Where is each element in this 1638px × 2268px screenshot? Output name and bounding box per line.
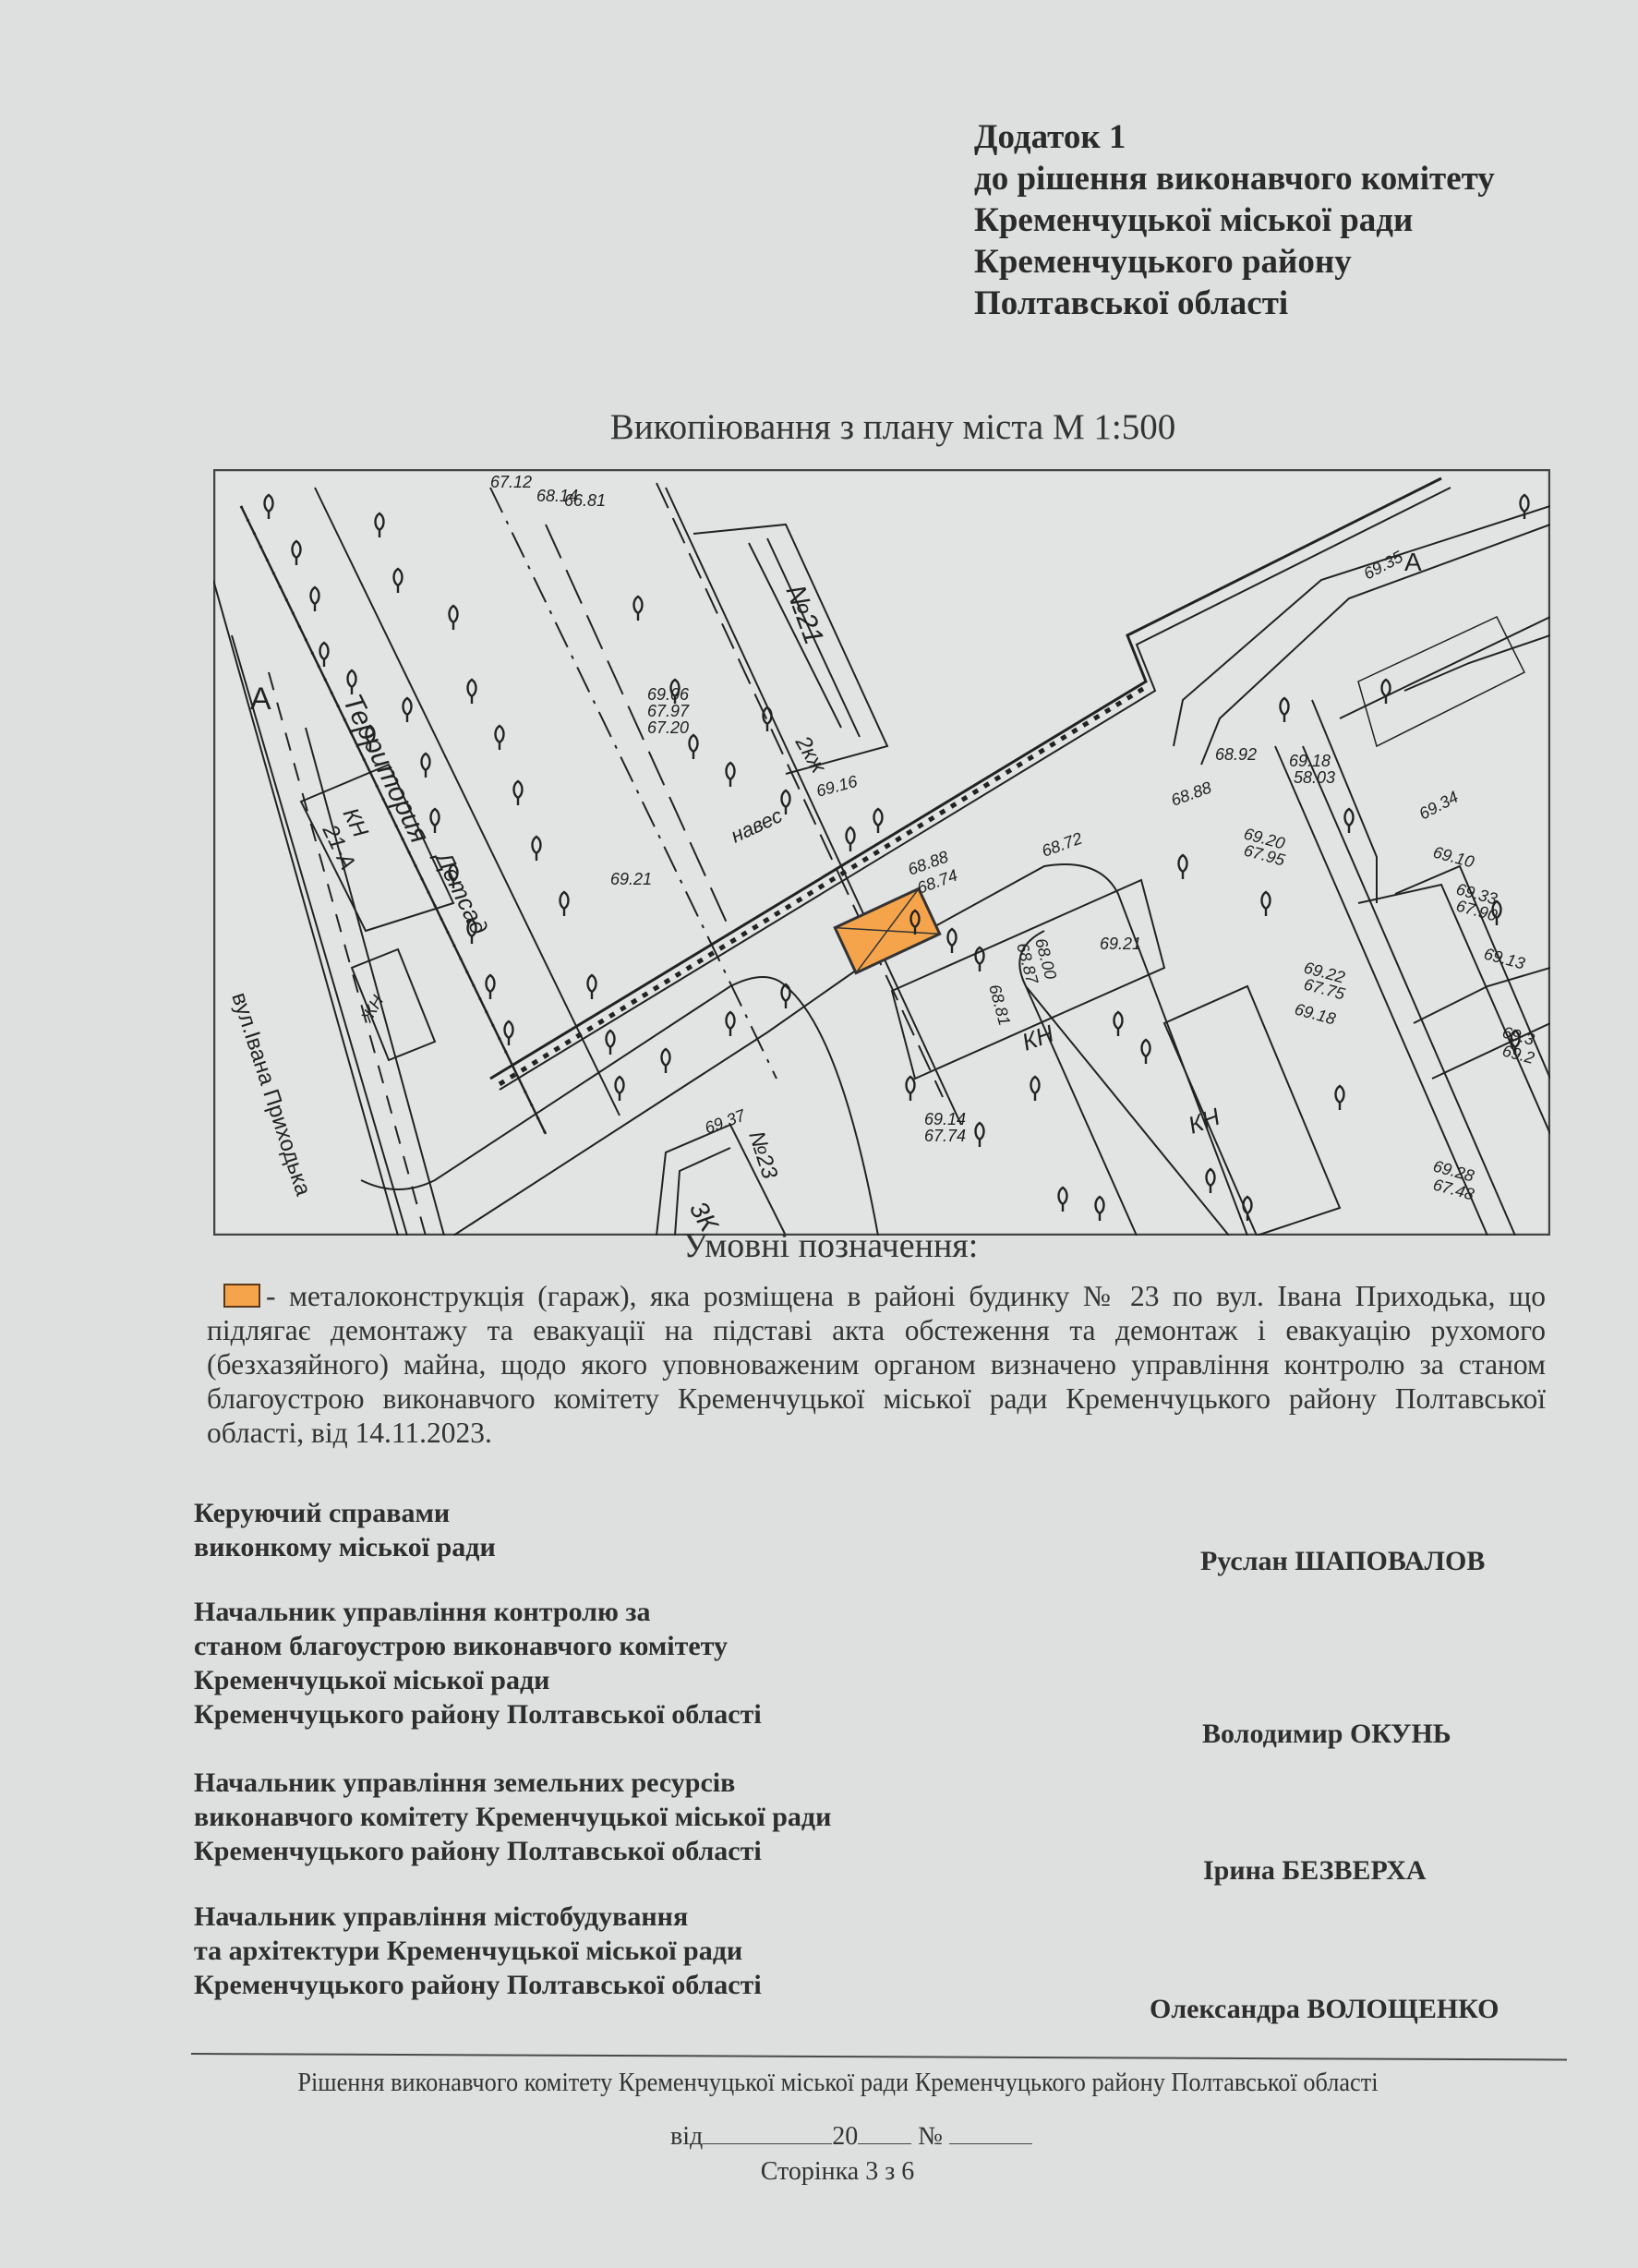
footer-decision-text: Рішення виконавчого комітету Кременчуцьк… <box>0 2069 1638 2098</box>
signature-name: Володимир ОКУНЬ <box>1202 1717 1451 1751</box>
svg-text:68.92: 68.92 <box>1215 745 1257 764</box>
annex-header: Додаток 1 до рішення виконавчого комітет… <box>974 116 1495 324</box>
signature-block-4: Начальник управління містобудування та а… <box>194 1900 1551 2002</box>
signature-block-2: Начальник управління контролю за станом … <box>194 1595 1551 1731</box>
signature-title: Начальник управління контролю за станом … <box>194 1595 1551 1731</box>
legend-title: Умовні позначення: <box>0 1225 1638 1266</box>
svg-text:58.03: 58.03 <box>1294 768 1335 787</box>
svg-text:67.97: 67.97 <box>647 702 690 720</box>
date-blank <box>703 2121 832 2144</box>
svg-text:А: А <box>1404 548 1422 576</box>
page-number: Сторінка 3 з 6 <box>0 2157 1638 2187</box>
footer-divider <box>191 2053 1567 2061</box>
svg-text:66.81: 66.81 <box>564 491 606 510</box>
annex-line: Полтавської області <box>974 283 1495 324</box>
svg-text:69.18: 69.18 <box>1289 752 1331 770</box>
svg-text:67.20: 67.20 <box>647 718 689 737</box>
signature-block-1: Керуючий справами виконкому міської ради… <box>194 1496 1551 1564</box>
svg-text:69.14: 69.14 <box>924 1110 966 1128</box>
signature-title: Начальник управління містобудування та а… <box>194 1900 1551 2002</box>
annex-line: Кременчуцького району <box>974 241 1495 283</box>
annex-line: Кременчуцької міської ради <box>974 199 1495 241</box>
legend-text: - металоконструкція (гараж), яка розміще… <box>207 1280 1546 1449</box>
footer-date-line: від20 № <box>670 2121 1032 2152</box>
year-blank <box>858 2121 911 2144</box>
signature-name: Олександра ВОЛОЩЕНКО <box>1150 1992 1499 2026</box>
svg-text:69.06: 69.06 <box>647 685 690 704</box>
annex-line: до рішення виконавчого комітету <box>974 158 1495 199</box>
signature-block-3: Начальник управління земельних ресурсів … <box>194 1766 1551 1868</box>
city-plan-map: Территория Детсад №21 2кж 21-А КН ЖН вул… <box>213 469 1550 1236</box>
map-drawing: Территория Детсад №21 2кж 21-А КН ЖН вул… <box>213 469 1550 1236</box>
svg-text:69.21: 69.21 <box>1100 935 1141 953</box>
legend-swatch-garage <box>223 1284 260 1308</box>
svg-text:69.21: 69.21 <box>610 870 652 888</box>
legend: - металоконструкція (гараж), яка розміще… <box>207 1279 1546 1450</box>
signature-name: Руслан ШАПОВАЛОВ <box>1200 1544 1485 1578</box>
number-blank <box>949 2121 1032 2144</box>
svg-text:А: А <box>250 682 271 717</box>
annex-line: Додаток 1 <box>974 116 1495 158</box>
svg-text:67.12: 67.12 <box>490 473 532 491</box>
svg-text:67.74: 67.74 <box>924 1127 966 1145</box>
signature-name: Ірина БЕЗВЕРХА <box>1203 1853 1427 1888</box>
map-title: Викопіювання з плану міста М 1:500 <box>0 406 1638 448</box>
